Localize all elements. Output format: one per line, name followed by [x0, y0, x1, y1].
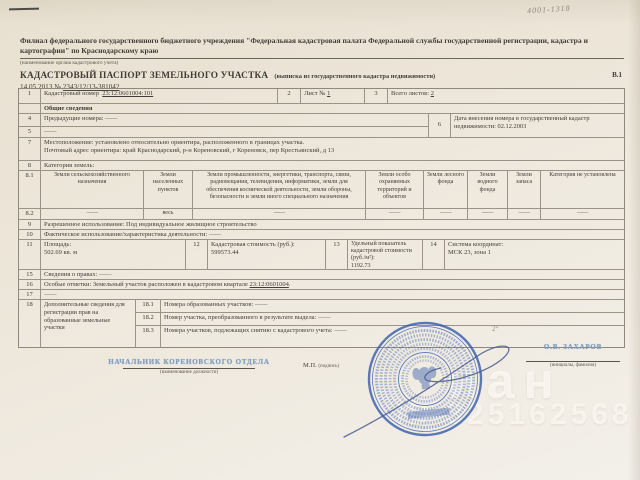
location-line1: Местоположение: установлено относительно… [44, 139, 621, 147]
table-rows-11-14: 11 Площадь: 502.69 кв. м 12 Кадастровая … [19, 240, 624, 270]
formed-parcels-cell: Номера образованных участков: —— [161, 300, 624, 312]
rights-value: —— [99, 271, 111, 278]
formed-parcels-label: Номера образованных участков: [164, 301, 253, 308]
row-number: 5 [19, 127, 41, 137]
official-position-block: НАЧАЛЬНИК КОРЕНОВСКОГО ОТДЕЛА (наименова… [104, 358, 274, 375]
specific-value-cell: Удельный показатель кадастровой стоимост… [348, 240, 423, 269]
cadastral-value-amount: 599573.44 [211, 249, 322, 257]
cadastral-table: 1 Кадастровый номер 23:12:0601004:101 2 … [18, 88, 625, 348]
table-row-10: 10 Фактическое использование/характерист… [19, 230, 624, 240]
area-value: 502.69 кв. м [44, 249, 182, 257]
table-row-6: 6 Дата внесения номера в государственный… [429, 114, 624, 137]
row-17-value: —— [41, 290, 624, 299]
row-number: 15 [19, 270, 41, 279]
scan-corner-mark [9, 8, 39, 11]
row-number: 12 [186, 240, 208, 269]
category-value: —— [508, 209, 541, 219]
previous-numbers-value: —— [105, 115, 117, 122]
table-rows-4-5-6: 4 Предыдущие номера: —— 5 —— 6 Дата внес… [19, 114, 624, 138]
sheet-value: 1 [327, 90, 330, 97]
row-number: 18 [19, 300, 41, 347]
location-cell: Местоположение: установлено относительно… [41, 138, 624, 160]
table-row-9: 9 Разрешенное использование: Под индивид… [19, 220, 624, 230]
row-number: 14 [423, 240, 445, 269]
table-row-7: 7 Местоположение: установлено относитель… [19, 138, 624, 161]
registration-date-cell: Дата внесения номера в государственный к… [451, 114, 624, 137]
document-title: КАДАСТРОВЫЙ ПАСПОРТ ЗЕМЕЛЬНОГО УЧАСТКА [20, 71, 268, 81]
table-row-1: 1 Кадастровый номер 23:12:0601004:101 2 … [19, 89, 624, 104]
table-row-8: 8 Категория земель: [19, 161, 624, 171]
cadastral-number-value: 23:12:0601004:101 [102, 90, 153, 97]
previous-numbers-block: 4 Предыдущие номера: —— 5 —— [19, 114, 429, 137]
special-notes-cell: Особые отметки: Земельный участок распол… [41, 280, 624, 289]
sheet-cell: Лист № 1 [301, 89, 365, 103]
document-page: 4001-1318 Филиал федерального государств… [0, 0, 640, 480]
row-number: 17 [19, 290, 41, 299]
coordinate-system-cell: Система координат: МСК 23, зона 1 [445, 240, 624, 269]
category-value: —— [41, 209, 144, 219]
category-agriculture: Земли сельскохозяйственного назначения [41, 171, 144, 208]
specific-value-amount: 1192.73 [351, 263, 419, 270]
table-row-17: 17 —— [19, 290, 624, 300]
removed-parcels-label: Номера участков, подлежащих снятию с кад… [164, 327, 333, 334]
cadastral-number-cell: Кадастровый номер 23:12:0601004:101 [41, 89, 278, 103]
category-value: —— [366, 209, 424, 219]
special-notes-text: Особые отметки: Земельный участок распол… [44, 281, 248, 288]
organization-name: Филиал федерального государственного бюд… [20, 36, 624, 59]
total-sheets-cell: Всего листов: 2 [388, 89, 624, 103]
location-line2: Почтовый адрес ориентира: край Краснодар… [44, 147, 621, 155]
transformed-parcel-value: —— [318, 314, 330, 321]
category-value: —— [541, 209, 624, 219]
row-number [19, 104, 41, 113]
row-number: 16 [19, 280, 41, 289]
table-row-4: 4 Предыдущие номера: —— [19, 114, 428, 127]
table-row-18-1: 18.1 Номера образованных участков: —— [136, 300, 624, 313]
cadastral-value-label: Кадастровая стоимость (руб.): [211, 241, 322, 249]
row-number: 8 [19, 161, 41, 170]
row-number: 8.1 [19, 171, 41, 208]
organization-caption: (наименование органа кадастрового учета) [20, 60, 624, 66]
formed-parcels-value: —— [255, 301, 267, 308]
category-value: —— [424, 209, 468, 219]
row-number: 2 [278, 89, 301, 103]
table-row-8-1: 8.1 Земли сельскохозяйственного назначен… [19, 171, 624, 209]
additional-info-label: Дополнительные сведения для регистрации … [41, 300, 136, 347]
category-protected: Земли особо охраняемых территорий и объе… [366, 171, 424, 208]
handwritten-corner-note: 4001-1318 [527, 3, 571, 15]
table-section-general: Общие сведения [19, 104, 624, 114]
pen-signature [330, 325, 540, 443]
table-row-5: 5 —— [19, 127, 428, 137]
area-cell: Площадь: 502.69 кв. м [41, 240, 186, 269]
row-number: 13 [326, 240, 348, 269]
special-notes-quarter: 23:12:0601004 [250, 281, 289, 288]
actual-use-label: Фактическое использование/характеристика… [44, 231, 207, 238]
coordinate-system-value: МСК 23, зона 1 [448, 249, 621, 257]
title-row: КАДАСТРОВЫЙ ПАСПОРТ ЗЕМЕЛЬНОГО УЧАСТКА (… [20, 71, 624, 81]
land-category-header: Категория земель: [41, 161, 624, 170]
total-sheets-value: 2 [431, 90, 434, 97]
rights-label: Сведения о правах: [44, 271, 97, 278]
row-number: 18.1 [136, 300, 161, 312]
section-general-title: Общие сведения [41, 104, 624, 113]
document-header: Филиал федерального государственного бюд… [20, 36, 624, 91]
row-number: 11 [19, 240, 41, 269]
table-row-16: 16 Особые отметки: Земельный участок рас… [19, 280, 624, 290]
category-value: —— [468, 209, 508, 219]
category-reserve: Земли запаса [508, 171, 541, 208]
area-label: Площадь: [44, 241, 182, 249]
transformed-parcel-label: Номер участка, преобразованного в резуль… [164, 314, 316, 321]
specific-value-label: Удельный показатель кадастровой стоимост… [351, 241, 419, 263]
total-sheets-label: Всего листов: [391, 90, 429, 97]
row-number: 18.3 [136, 326, 161, 347]
previous-numbers-label: Предыдущие номера: [44, 115, 104, 122]
row-number: 4 [19, 114, 41, 126]
row-number: 3 [365, 89, 388, 103]
sheet-label: Лист № [304, 90, 325, 97]
category-settlements: Земли населенных пунктов [144, 171, 193, 208]
row-number: 7 [19, 138, 41, 160]
category-value: —— [193, 209, 366, 219]
category-forest: Земли лесного фонда [424, 171, 468, 208]
actual-use-value: —— [209, 231, 221, 238]
permitted-use-cell: Разрешенное использование: Под индивидуа… [41, 220, 624, 229]
table-row-15: 15 Сведения о правах: —— [19, 270, 624, 280]
actual-use-cell: Фактическое использование/характеристика… [41, 230, 624, 239]
rights-cell: Сведения о правах: —— [41, 270, 624, 279]
row-number: 8.2 [19, 209, 41, 219]
category-not-set: Категория не установлена [541, 171, 624, 208]
row-number: 18.2 [136, 313, 161, 325]
official-position-stamp: НАЧАЛЬНИК КОРЕНОВСКОГО ОТДЕЛА [104, 358, 274, 366]
coordinate-system-label: Система координат: [448, 241, 621, 249]
cadastral-number-label: Кадастровый номер [44, 90, 99, 97]
table-row-8-2: 8.2 —— весь —— —— —— —— —— —— [19, 209, 624, 220]
row-number: 1 [19, 89, 41, 103]
row-5-value: —— [41, 127, 428, 137]
category-water: Земли водного фонда [468, 171, 508, 208]
position-caption: (наименование должности) [104, 370, 274, 375]
cadastral-value-cell: Кадастровая стоимость (руб.): 599573.44 [208, 240, 326, 269]
special-notes-suffix: . [289, 281, 291, 288]
category-value-settlements: весь [144, 209, 193, 219]
row-number: 9 [19, 220, 41, 229]
position-underline [123, 368, 255, 369]
seal-place-label: М.П. [303, 362, 317, 369]
document-subtitle: (выписка из государственного кадастра не… [274, 73, 435, 80]
row-number: 6 [429, 114, 451, 137]
form-code: В.1 [612, 71, 622, 79]
category-industry: Земли промышленности, энергетики, трансп… [193, 171, 366, 208]
registration-date-value: 02.12.2003 [498, 123, 527, 130]
row-number: 10 [19, 230, 41, 239]
previous-numbers-cell: Предыдущие номера: —— [41, 114, 428, 126]
